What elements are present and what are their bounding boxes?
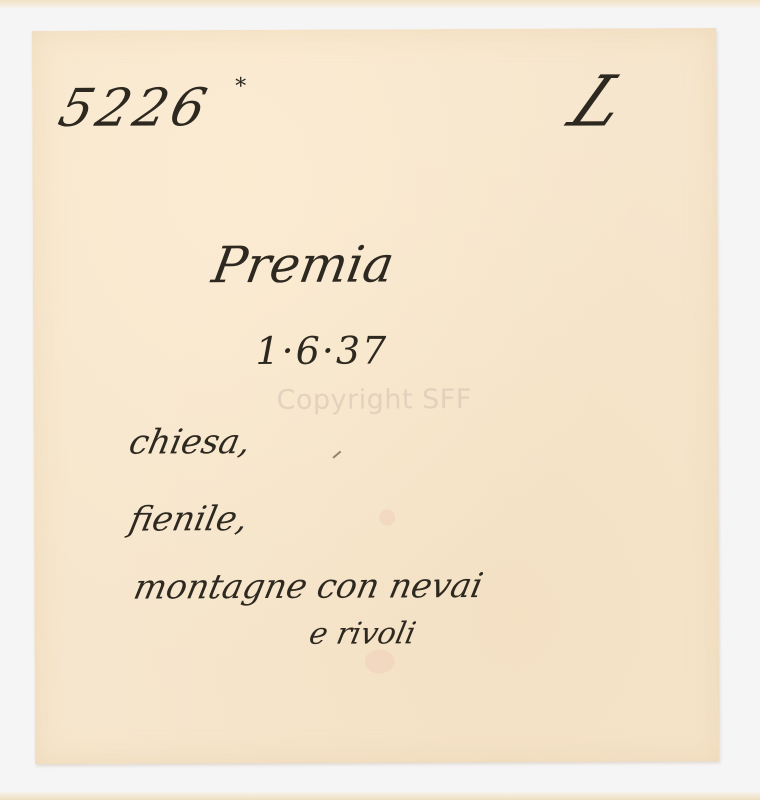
note-line: e rivoli xyxy=(307,619,419,649)
date: 1·6·37 xyxy=(255,331,388,370)
paper-stain xyxy=(365,649,395,673)
copyright-watermark: Copyright SFF xyxy=(277,384,472,416)
place-name: Premia xyxy=(209,239,398,290)
catalog-marker-star: * xyxy=(235,76,246,98)
note-line: chiesa, xyxy=(126,425,254,460)
archive-index-card: 5226 * L Premia 1·6·37 Copyright SFF chi… xyxy=(32,28,719,764)
mount-edge-top xyxy=(0,0,760,8)
ink-mark xyxy=(332,451,341,459)
paper-stain xyxy=(379,509,395,525)
mount-edge-bottom xyxy=(0,792,760,800)
note-line: fienile, xyxy=(127,502,251,537)
note-line: montagne con nevai xyxy=(131,569,486,605)
corner-letter: L xyxy=(559,66,642,136)
catalog-number: 5226 xyxy=(54,82,215,135)
